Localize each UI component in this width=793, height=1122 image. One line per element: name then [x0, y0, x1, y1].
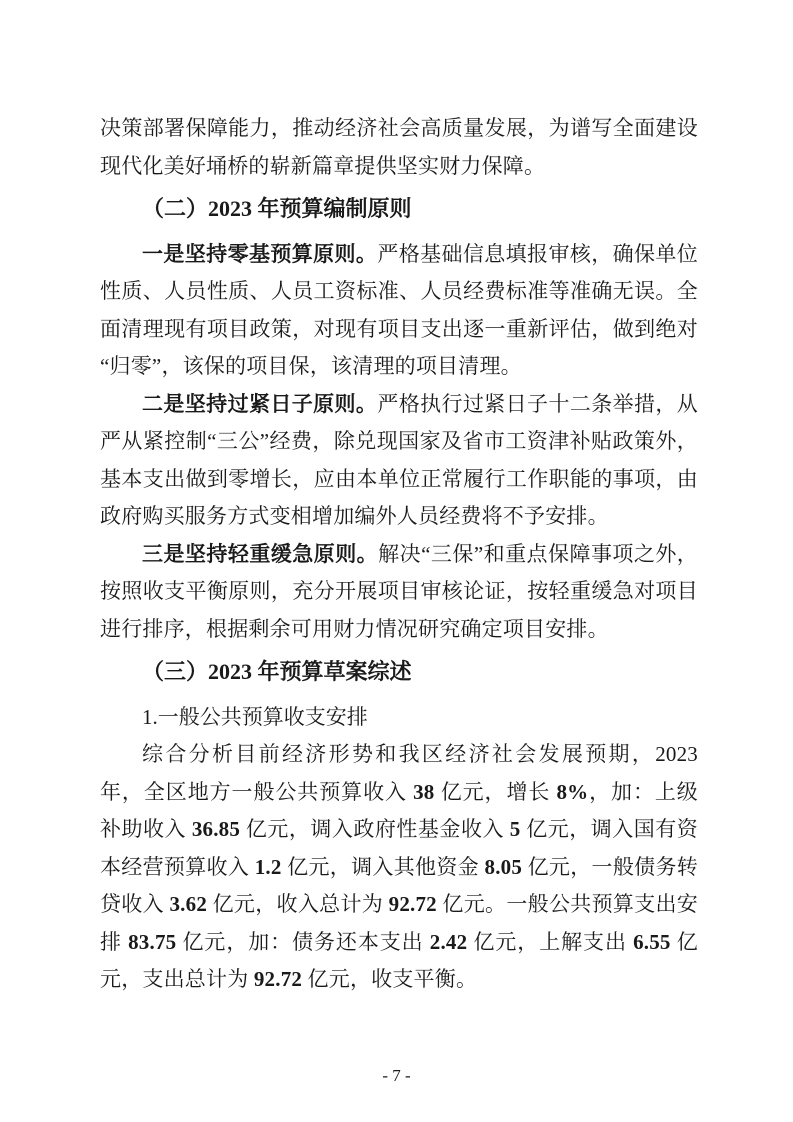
bold-text-run: 83.75 [128, 930, 176, 954]
text-run: 决策部署保障能力，推动经济社会高质量发展，为谱写全面建设现代化美好埇桥的崭新篇章… [100, 116, 698, 178]
section-heading-budget-draft-summary: （三）2023 年预算草案综述 [100, 653, 698, 691]
page-number: - 7 - [0, 1066, 793, 1086]
text-run: 亿元，上解支出 [467, 930, 633, 954]
bold-text-run: 6.55 [633, 930, 671, 954]
document-content: 决策部署保障能力，推动经济社会高质量发展，为谱写全面建设现代化美好埇桥的崭新篇章… [100, 110, 698, 999]
subsection-heading-general-public-budget: 1.一般公共预算收支安排 [100, 699, 698, 737]
bold-text-run: 3.62 [169, 892, 207, 916]
bold-text-run: 92.72 [254, 967, 302, 991]
bold-text-run: 8% [556, 780, 588, 804]
document-page: 决策部署保障能力，推动经济社会高质量发展，为谱写全面建设现代化美好埇桥的崭新篇章… [0, 0, 793, 1122]
text-run: 亿元，调入其他资金 [282, 855, 485, 879]
bold-text-run: 92.72 [389, 892, 437, 916]
bold-text-run: 1.2 [255, 855, 282, 879]
paragraph-carryover: 决策部署保障能力，推动经济社会高质量发展，为谱写全面建设现代化美好埇桥的崭新篇章… [100, 110, 698, 185]
bold-text-run: 5 [510, 817, 521, 841]
section-heading-budget-principles: （二）2023 年预算编制原则 [100, 190, 698, 228]
text-run: 亿元，加：债务还本支出 [176, 930, 429, 954]
text-run: 亿元，收支平衡。 [302, 967, 477, 991]
bold-text-run: 36.85 [192, 817, 240, 841]
paragraph-priority-principle: 三是坚持轻重缓急原则。解决“三保”和重点保障事项之外，按照收支平衡原则，充分开展… [100, 536, 698, 649]
bold-text-run: 一是坚持零基预算原则。 [142, 242, 377, 266]
bold-text-run: 三是坚持轻重缓急原则。 [142, 542, 378, 566]
paragraph-tight-budget-principle: 二是坚持过紧日子原则。严格执行过紧日子十二条举措，从严从紧控制“三公”经费，除兑… [100, 386, 698, 536]
paragraph-budget-figures: 综合分析目前经济形势和我区经济社会发展预期，2023 年，全区地方一般公共预算收… [100, 736, 698, 999]
text-run: 亿元，增长 [435, 780, 557, 804]
bold-text-run: 二是坚持过紧日子原则。 [142, 392, 377, 416]
bold-text-run: 8.05 [485, 855, 523, 879]
text-run: 亿元，调入政府性基金收入 [240, 817, 510, 841]
paragraph-zero-base-principle: 一是坚持零基预算原则。严格基础信息填报审核，确保单位性质、人员性质、人员工资标准… [100, 236, 698, 386]
bold-text-run: 2.42 [430, 930, 468, 954]
bold-text-run: 38 [413, 780, 434, 804]
text-run: 亿元，收入总计为 [207, 892, 389, 916]
